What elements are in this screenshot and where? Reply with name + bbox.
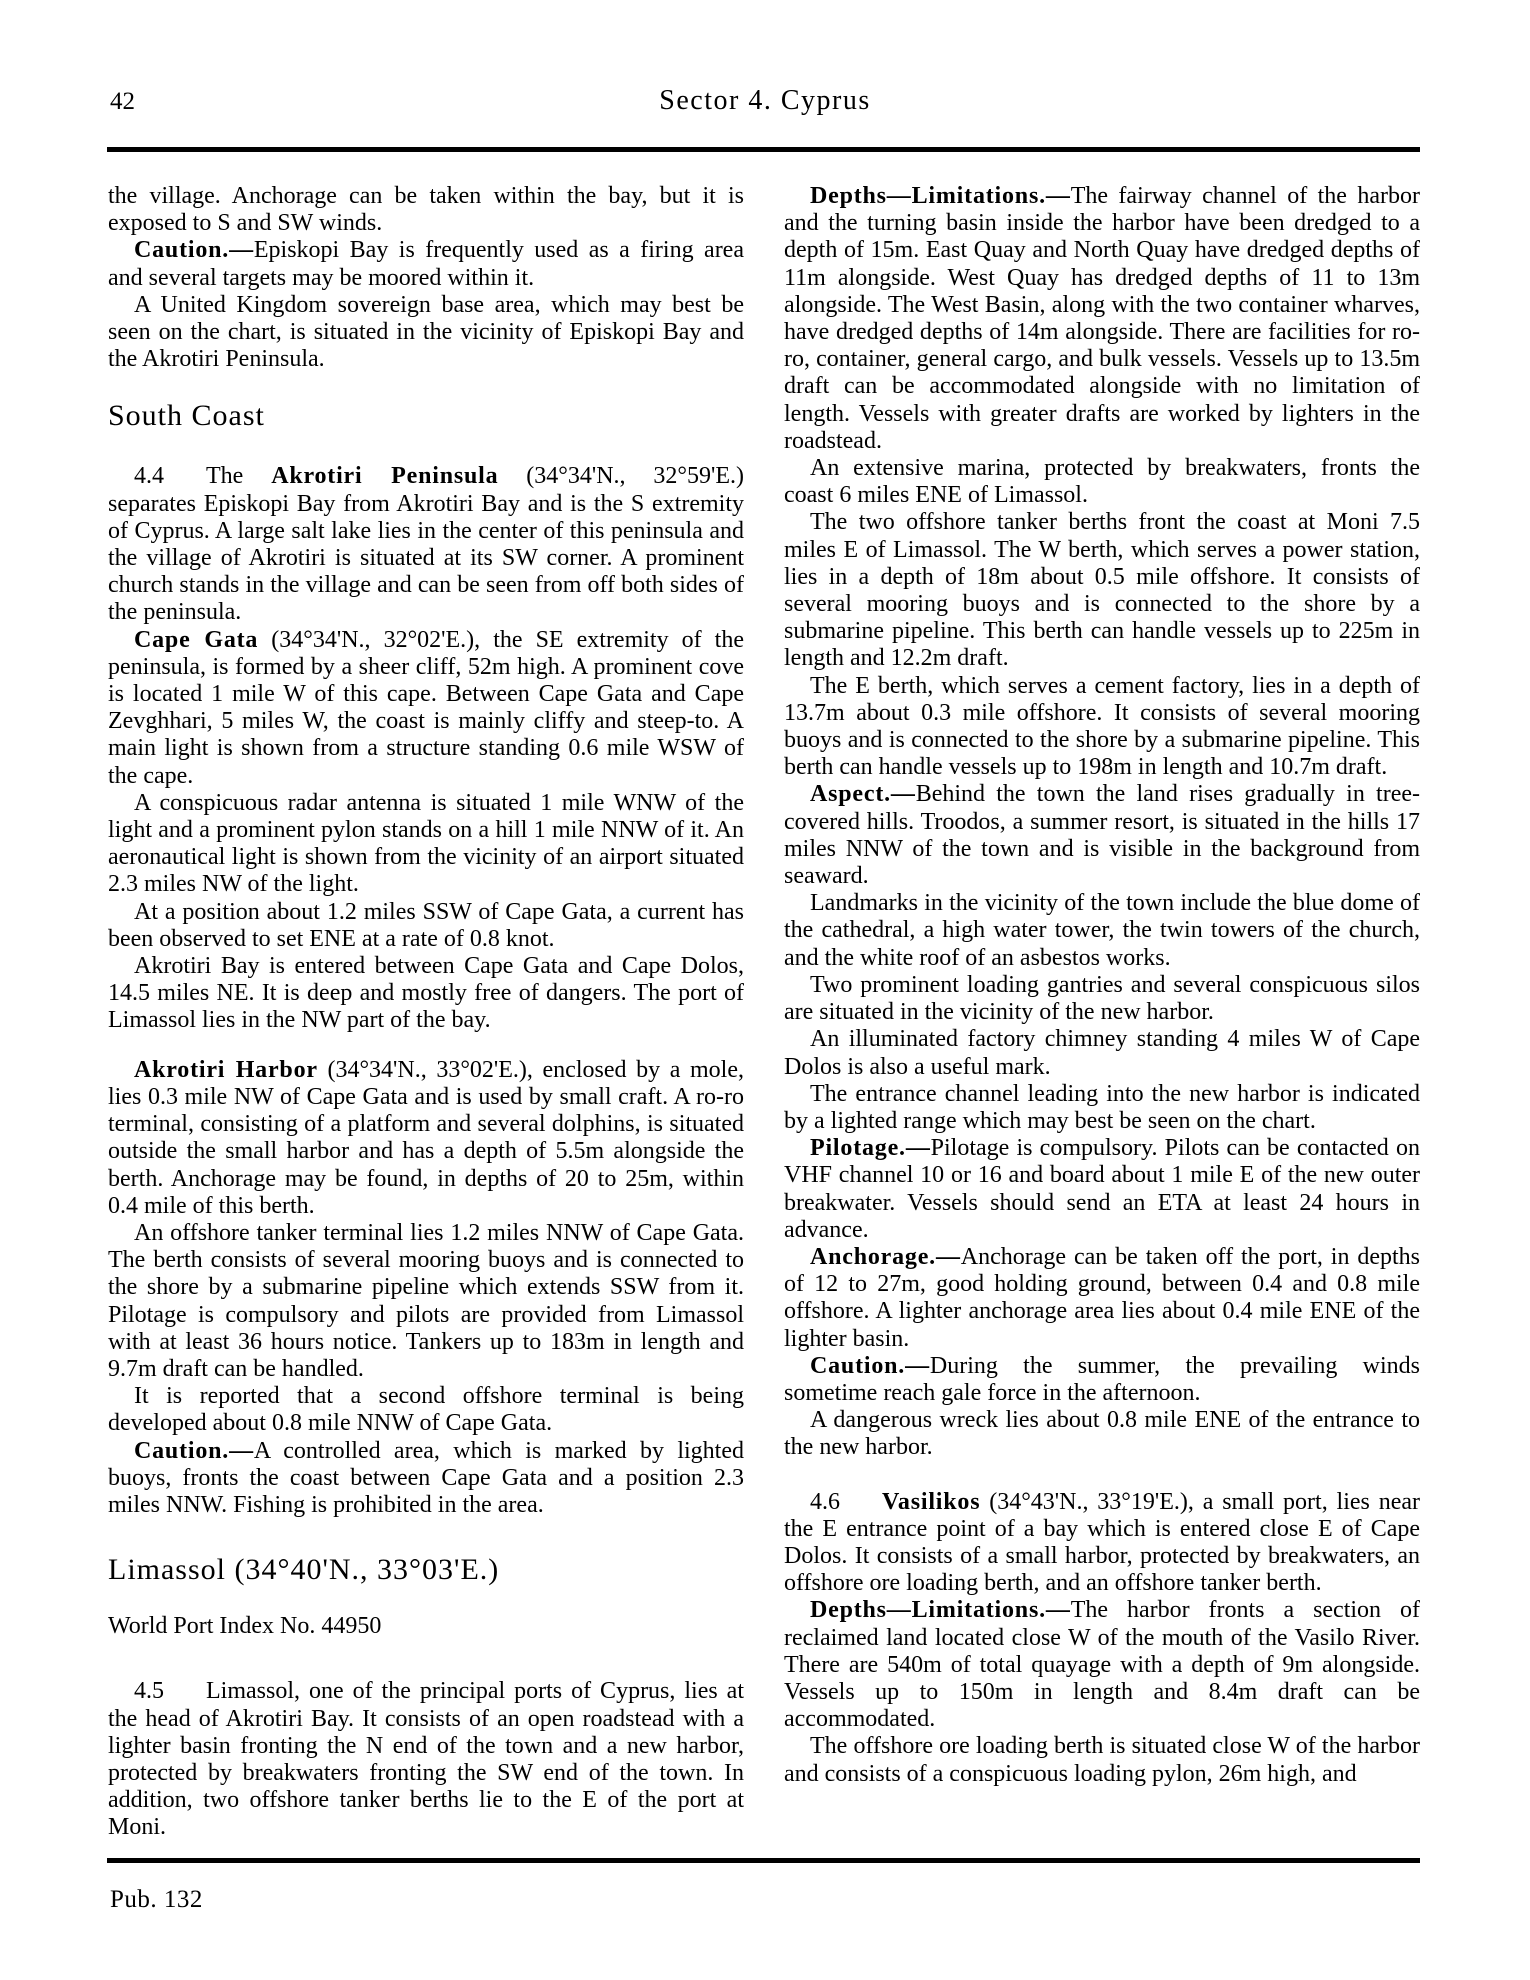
document-page: 42 Sector 4. Cyprus the village. Anchora… bbox=[0, 0, 1530, 1980]
paragraph-number: 4.6 bbox=[810, 1489, 840, 1515]
paragraph-text: An offshore tanker terminal lies 1.2 mil… bbox=[108, 1220, 744, 1382]
footer-publication: Pub. 132 bbox=[110, 1886, 203, 1914]
section-heading-limassol: Limassol (34°40'N., 33°03'E.) bbox=[108, 1553, 744, 1587]
paragraph: Landmarks in the vicinity of the town in… bbox=[784, 890, 1420, 972]
paragraph: Depths—Limitations.—The harbor fronts a … bbox=[784, 1597, 1420, 1733]
paragraph: A dangerous wreck lies about 0.8 mile EN… bbox=[784, 1407, 1420, 1461]
paragraph: A conspicuous radar antenna is situated … bbox=[108, 790, 744, 899]
paragraph-text: A conspicuous radar antenna is situated … bbox=[108, 790, 744, 898]
paragraph-text: An illuminated factory chimney standing … bbox=[784, 1026, 1420, 1079]
paragraph: A United Kingdom sovereign base area, wh… bbox=[108, 292, 744, 374]
text-columns: the village. Anchorage can be taken with… bbox=[108, 183, 1420, 1842]
paragraph-text: the village. Anchorage can be taken with… bbox=[108, 183, 744, 236]
page-title: Sector 4. Cyprus bbox=[0, 86, 1530, 116]
paragraph-text: At a position about 1.2 miles SSW of Cap… bbox=[108, 899, 744, 952]
paragraph: 4.6Vasilikos (34°43'N., 33°19'E.), a sma… bbox=[784, 1489, 1420, 1598]
left-column: the village. Anchorage can be taken with… bbox=[108, 183, 744, 1842]
bold-lead: Anchorage.— bbox=[810, 1244, 961, 1270]
paragraph: An offshore tanker terminal lies 1.2 mil… bbox=[108, 1220, 744, 1383]
paragraph: Depths—Limitations.—The fairway channel … bbox=[784, 183, 1420, 455]
header-rule bbox=[107, 147, 1420, 152]
paragraph: An extensive marina, protected by breakw… bbox=[784, 455, 1420, 509]
paragraph-text: It is reported that a second offshore te… bbox=[108, 1383, 744, 1436]
paragraph-text: The entrance channel leading into the ne… bbox=[784, 1081, 1420, 1134]
paragraph: Caution.—A controlled area, which is mar… bbox=[108, 1438, 744, 1520]
paragraph: At a position about 1.2 miles SSW of Cap… bbox=[108, 899, 744, 953]
bold-feature-name: Vasilikos bbox=[882, 1489, 980, 1515]
section-heading-south-coast: South Coast bbox=[108, 399, 744, 433]
paragraph-text: Landmarks in the vicinity of the town in… bbox=[784, 890, 1420, 970]
paragraph-number: 4.5 bbox=[134, 1678, 164, 1704]
paragraph: Anchorage.—Anchorage can be taken off th… bbox=[784, 1244, 1420, 1353]
paragraph: The E berth, which serves a cement facto… bbox=[784, 673, 1420, 782]
paragraph-text: Two prominent loading gantries and sever… bbox=[784, 972, 1420, 1025]
paragraph-text: A dangerous wreck lies about 0.8 mile EN… bbox=[784, 1407, 1420, 1460]
paragraph: The two offshore tanker berths front the… bbox=[784, 509, 1420, 672]
paragraph-text: An extensive marina, protected by breakw… bbox=[784, 455, 1420, 508]
paragraph: Cape Gata (34°34'N., 32°02'E.), the SE e… bbox=[108, 627, 744, 790]
bold-lead: Aspect.— bbox=[810, 781, 916, 807]
paragraph: Aspect.—Behind the town the land rises g… bbox=[784, 781, 1420, 890]
paragraph: 4.4The Akrotiri Peninsula (34°34'N., 32°… bbox=[108, 463, 744, 626]
right-column: Depths—Limitations.—The fairway channel … bbox=[784, 183, 1420, 1842]
paragraph: It is reported that a second offshore te… bbox=[108, 1383, 744, 1437]
paragraph-text: The two offshore tanker berths front the… bbox=[784, 509, 1420, 671]
paragraph: Pilotage.—Pilotage is compulsory. Pilots… bbox=[784, 1135, 1420, 1244]
bold-lead: Caution.— bbox=[134, 1438, 254, 1464]
world-port-index: World Port Index No. 44950 bbox=[108, 1613, 744, 1640]
paragraph-text: The E berth, which serves a cement facto… bbox=[784, 673, 1420, 781]
vertical-gap bbox=[784, 1462, 1420, 1489]
paragraph: Akrotiri Harbor (34°34'N., 33°02'E.), en… bbox=[108, 1057, 744, 1220]
paragraph-number: 4.4 bbox=[134, 463, 164, 489]
paragraph-text: A United Kingdom sovereign base area, wh… bbox=[108, 292, 744, 372]
paragraph: the village. Anchorage can be taken with… bbox=[108, 183, 744, 237]
paragraph-text: (34°43'N., 33°19'E.), a small port, lies… bbox=[784, 1489, 1420, 1597]
paragraph-text: The fairway channel of the harbor and th… bbox=[784, 183, 1420, 454]
bold-lead: Depths—Limitations.— bbox=[810, 1597, 1071, 1623]
bold-feature-name: Cape Gata bbox=[134, 627, 258, 653]
paragraph: 4.5Limassol, one of the principal ports … bbox=[108, 1678, 744, 1841]
paragraph-text: Limassol, one of the principal ports of … bbox=[108, 1678, 744, 1840]
paragraph: Two prominent loading gantries and sever… bbox=[784, 972, 1420, 1026]
paragraph: An illuminated factory chimney standing … bbox=[784, 1026, 1420, 1080]
bold-lead: Pilotage.— bbox=[810, 1135, 931, 1161]
bold-lead: Depths—Limitations.— bbox=[810, 183, 1071, 209]
vertical-gap bbox=[108, 1035, 744, 1057]
paragraph-text: Akrotiri Bay is entered between Cape Gat… bbox=[108, 953, 744, 1033]
paragraph-text: The offshore ore loading berth is situat… bbox=[784, 1733, 1420, 1786]
paragraph: Akrotiri Bay is entered between Cape Gat… bbox=[108, 953, 744, 1035]
bold-feature-name: Akrotiri Peninsula bbox=[271, 463, 498, 489]
paragraph: Caution.—Episkopi Bay is frequently used… bbox=[108, 237, 744, 291]
paragraph-pre-text: The bbox=[206, 463, 271, 489]
paragraph: The offshore ore loading berth is situat… bbox=[784, 1733, 1420, 1787]
paragraph: Caution.—During the summer, the prevaili… bbox=[784, 1353, 1420, 1407]
bold-feature-name: Akrotiri Harbor bbox=[134, 1057, 318, 1083]
bold-lead: Caution.— bbox=[810, 1353, 930, 1379]
footer-rule bbox=[107, 1858, 1420, 1863]
bold-lead: Caution.— bbox=[134, 237, 254, 263]
paragraph: The entrance channel leading into the ne… bbox=[784, 1081, 1420, 1135]
